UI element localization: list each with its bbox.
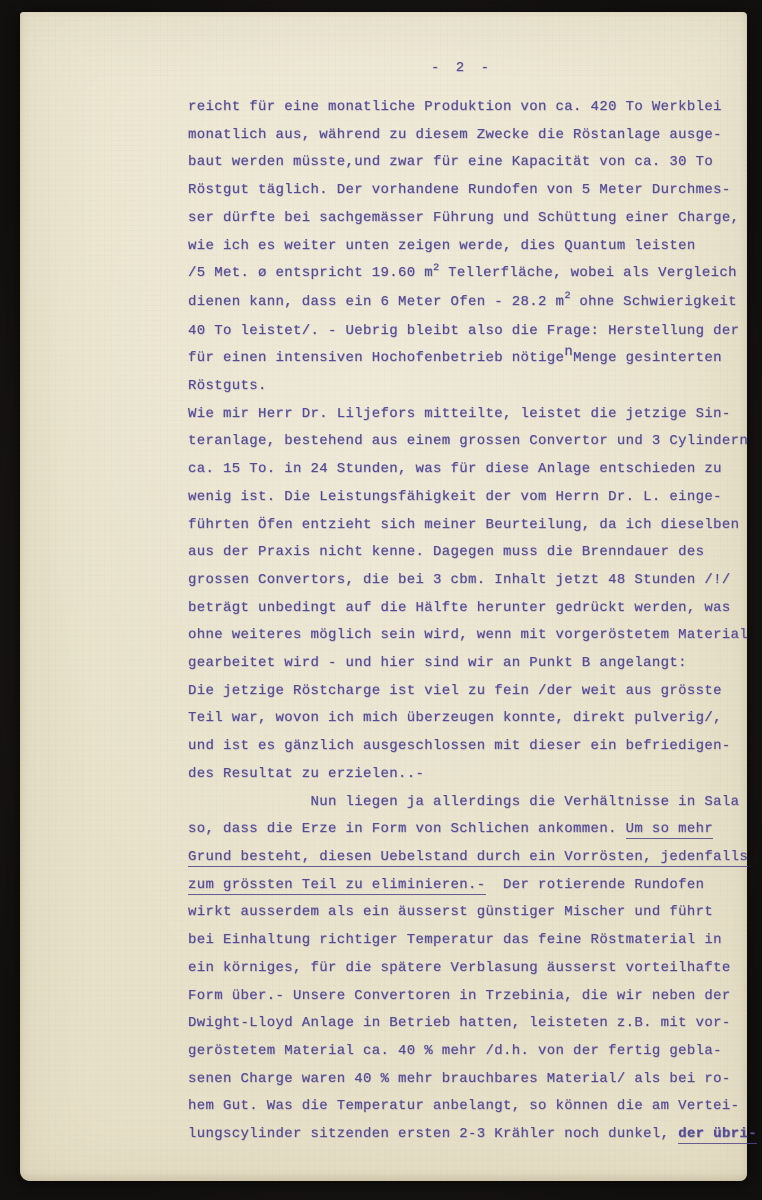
text-segment: so, dass die Erze in Form von Schlichen …: [188, 821, 626, 837]
text-segment: senen Charge waren 40 % mehr brauchbares…: [188, 1071, 731, 1087]
text-segment: ser dürfte bei sachgemässer Führung und …: [188, 210, 739, 226]
text-line: so, dass die Erze in Form von Schlichen …: [188, 816, 740, 844]
text-segment: ohne weiteres möglich sein wird, wenn mi…: [188, 627, 748, 643]
text-segment: Dwight-Lloyd Anlage in Betrieb hatten, l…: [188, 1015, 731, 1031]
text-segment: Teil war, wovon ich mich überzeugen konn…: [188, 710, 722, 726]
text-line: teranlage, bestehend aus einem grossen C…: [188, 428, 740, 456]
text-segment: des Resultat zu erzielen..-: [188, 766, 424, 782]
text-segment: lungscylinder sitzenden ersten 2-3 Krähl…: [188, 1126, 678, 1142]
superscript-text: 2: [433, 262, 439, 274]
underlined-text: Um so mehr: [626, 821, 714, 839]
text-segment: grossen Convertors, die bei 3 cbm. Inhal…: [188, 572, 731, 588]
text-segment: geröstetem Material ca. 40 % mehr /d.h. …: [188, 1043, 722, 1059]
text-line: und ist es gänzlich ausgeschlossen mit d…: [188, 733, 740, 761]
text-segment: gearbeitet wird - und hier sind wir an P…: [188, 655, 687, 671]
text-line: ca. 15 To. in 24 Stunden, was für diese …: [188, 456, 740, 484]
text-line: senen Charge waren 40 % mehr brauchbares…: [188, 1066, 740, 1094]
text-line: Teil war, wovon ich mich überzeugen konn…: [188, 705, 740, 733]
text-segment: führten Öfen entzieht sich meiner Beurte…: [188, 517, 739, 533]
text-segment: teranlage, bestehend aus einem grossen C…: [188, 433, 748, 449]
text-segment: Tellerfläche, wobei als Vergleich: [439, 265, 737, 281]
text-segment: baut werden müsste,und zwar für eine Kap…: [188, 154, 713, 170]
text-line: dienen kann, dass ein 6 Meter Ofen - 28.…: [188, 289, 740, 318]
text-line: /5 Met. ø entspricht 19.60 m2 Tellerfläc…: [188, 260, 740, 289]
text-segment: Wie mir Herr Dr. Liljefors mitteilte, le…: [188, 406, 731, 422]
text-line: für einen intensiven Hochofenbetrieb nöt…: [188, 345, 740, 373]
text-segment: Der rotierende Rundofen: [486, 877, 705, 893]
text-segment: wie ich es weiter unten zeigen werde, di…: [188, 238, 696, 254]
text-segment: Röstgut täglich. Der vorhandene Rundofen…: [188, 182, 731, 198]
text-line: lungscylinder sitzenden ersten 2-3 Krähl…: [188, 1121, 740, 1149]
text-line: gearbeitet wird - und hier sind wir an P…: [188, 650, 740, 678]
text-segment: beträgt unbedingt auf die Hälfte herunte…: [188, 600, 731, 616]
text-line: Wie mir Herr Dr. Liljefors mitteilte, le…: [188, 401, 740, 429]
text-segment: Röstguts.: [188, 378, 267, 394]
document-text: reicht für eine monatliche Produktion vo…: [188, 94, 740, 1149]
text-segment: ca. 15 To. in 24 Stunden, was für diese …: [188, 461, 722, 477]
text-line: führten Öfen entzieht sich meiner Beurte…: [188, 512, 740, 540]
text-segment: monatlich aus, während zu diesem Zwecke …: [188, 127, 722, 143]
text-segment: und ist es gänzlich ausgeschlossen mit d…: [188, 738, 731, 754]
text-line: Grund besteht, diesen Uebelstand durch e…: [188, 844, 740, 872]
underlined-text: der übri-: [678, 1126, 757, 1144]
text-segment: hem Gut. Was die Temperatur anbelangt, s…: [188, 1098, 739, 1114]
text-line: beträgt unbedingt auf die Hälfte herunte…: [188, 595, 740, 623]
text-segment: bei Einhaltung richtiger Temperatur das …: [188, 932, 722, 948]
text-line: hem Gut. Was die Temperatur anbelangt, s…: [188, 1093, 740, 1121]
text-line: Dwight-Lloyd Anlage in Betrieb hatten, l…: [188, 1010, 740, 1038]
underlined-text: Grund besteht, diesen Uebelstand durch e…: [188, 849, 748, 867]
superscript-text: 2: [564, 290, 570, 302]
text-line: ein körniges, für die spätere Verblasung…: [188, 955, 740, 983]
text-line: bei Einhaltung richtiger Temperatur das …: [188, 927, 740, 955]
text-line: wirkt ausserdem als ein äusserst günstig…: [188, 899, 740, 927]
text-line: wenig ist. Die Leistungsfähigkeit der vo…: [188, 484, 740, 512]
text-line: Röstgut täglich. Der vorhandene Rundofen…: [188, 177, 740, 205]
text-line: Die jetzige Röstcharge ist viel zu fein …: [188, 678, 740, 706]
text-line: Röstguts.: [188, 373, 740, 401]
text-segment: wenig ist. Die Leistungsfähigkeit der vo…: [188, 489, 722, 505]
text-segment: wirkt ausserdem als ein äusserst günstig…: [188, 904, 713, 920]
text-segment: Menge gesinterten: [573, 350, 722, 366]
text-segment: n: [564, 344, 573, 360]
text-segment: Form über.- Unsere Convertoren in Trzebi…: [188, 988, 731, 1004]
page-number: - 2 -: [188, 60, 736, 76]
text-segment: für einen intensiven Hochofenbetrieb nöt…: [188, 350, 564, 366]
text-segment: Die jetzige Röstcharge ist viel zu fein …: [188, 683, 722, 699]
text-line: reicht für eine monatliche Produktion vo…: [188, 94, 740, 122]
text-line: Form über.- Unsere Convertoren in Trzebi…: [188, 983, 740, 1011]
text-line: ohne weiteres möglich sein wird, wenn mi…: [188, 622, 740, 650]
text-line: geröstetem Material ca. 40 % mehr /d.h. …: [188, 1038, 740, 1066]
text-line: baut werden müsste,und zwar für eine Kap…: [188, 149, 740, 177]
text-line: Nun liegen ja allerdings die Verhältniss…: [188, 789, 740, 817]
text-segment: 40 To leistet/. - Uebrig bleibt also die…: [188, 323, 739, 339]
text-line: wie ich es weiter unten zeigen werde, di…: [188, 233, 740, 261]
text-segment: /5 Met. ø entspricht 19.60 m: [188, 265, 433, 281]
underlined-text: zum grössten Teil zu eliminieren.-: [188, 877, 486, 895]
text-segment: ein körniges, für die spätere Verblasung…: [188, 960, 731, 976]
text-line: zum grössten Teil zu eliminieren.- Der r…: [188, 872, 740, 900]
text-segment: Nun liegen ja allerdings die Verhältniss…: [188, 794, 739, 810]
text-segment: dienen kann, dass ein 6 Meter Ofen - 28.…: [188, 294, 564, 310]
text-line: ser dürfte bei sachgemässer Führung und …: [188, 205, 740, 233]
text-line: des Resultat zu erzielen..-: [188, 761, 740, 789]
text-segment: ohne Schwierigkeit: [571, 294, 737, 310]
text-segment: aus der Praxis nicht kenne. Dagegen muss…: [188, 544, 704, 560]
scan-background: - 2 - reicht für eine monatliche Produkt…: [0, 0, 762, 1200]
document-page: - 2 - reicht für eine monatliche Produkt…: [20, 12, 747, 1181]
text-line: monatlich aus, während zu diesem Zwecke …: [188, 122, 740, 150]
text-segment: reicht für eine monatliche Produktion vo…: [188, 99, 722, 115]
text-line: grossen Convertors, die bei 3 cbm. Inhal…: [188, 567, 740, 595]
text-line: 40 To leistet/. - Uebrig bleibt also die…: [188, 318, 740, 346]
text-line: aus der Praxis nicht kenne. Dagegen muss…: [188, 539, 740, 567]
